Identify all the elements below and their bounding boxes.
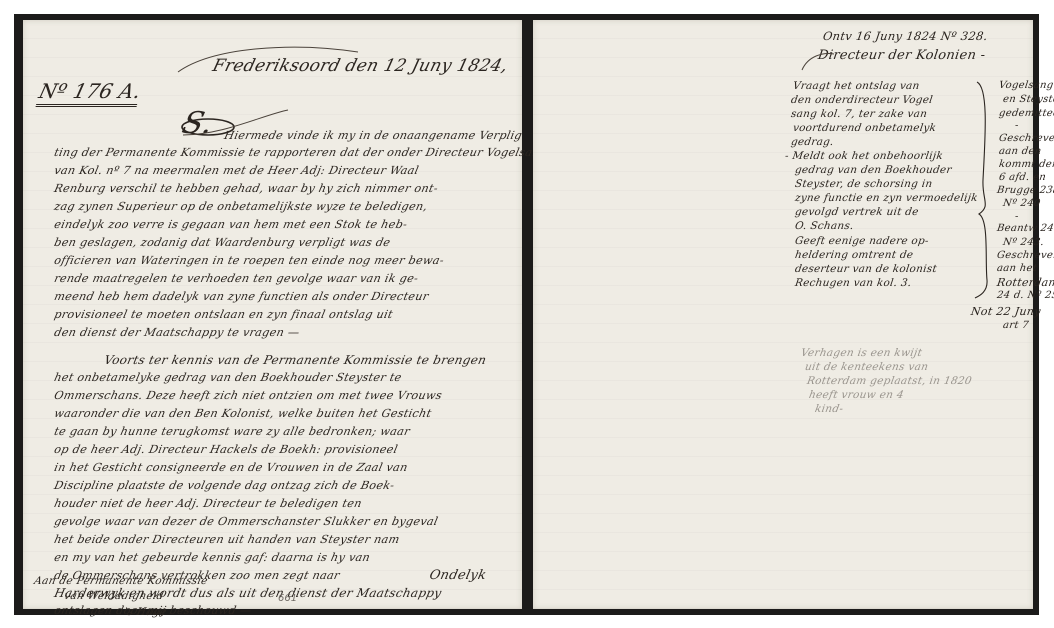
body-line: rende maatregelen te verhoeden ten gevol… (53, 272, 420, 285)
summary-line: O. Schans. (794, 220, 854, 232)
body-line: en my van het gebeurde kennis gaf: daarn… (53, 551, 371, 564)
summary-line: heldering omtrent de (794, 249, 914, 261)
addressee-line: 's Hage (123, 606, 168, 618)
margin-line: Nº 240 (1002, 198, 1041, 209)
body-line: officieren van Wateringen in te roepen t… (53, 254, 445, 267)
body-line: waaronder die van den Ben Kolonist, welk… (53, 407, 433, 420)
addressee-line: Aan de Permanente Kommissie (33, 575, 209, 587)
body-line: ting der Permanente Kommissie te rapport… (53, 146, 549, 159)
summary-line: gedrag. (790, 136, 834, 148)
summary-line: - Meldt ook het onbehoorlijk (784, 150, 944, 162)
margin-line: art 7 (1002, 320, 1029, 331)
closing-signature: Ondelyk (428, 568, 488, 583)
body-line: van Kol. nº 7 na meermalen met de Heer A… (53, 164, 420, 177)
body-line: Hiermede vinde ik my in de onaangename V… (223, 129, 523, 142)
page-number: 661 (278, 593, 297, 604)
pencil-note-line: heeft vrouw en 4 (808, 389, 905, 401)
margin-line: - (1014, 211, 1019, 222)
summary-line: Geeft eenige nadere op- (794, 235, 929, 247)
margin-line: - (1014, 120, 1019, 131)
summary-line: gedrag van den Boekhouder (794, 164, 952, 176)
heading-flourish-icon (798, 50, 838, 74)
margin-line: en Steyster (1002, 94, 1054, 105)
body-line: meend heb hem dadelyk van zyne functien … (53, 290, 430, 303)
summary-line: zyne functie en zyn vermoedelijk (794, 192, 978, 204)
reference-number: Nº 176 A. (36, 79, 144, 107)
margin-line: Rotterdam (996, 276, 1054, 289)
margin-line: Beantw 24 d. (996, 223, 1054, 234)
summary-line: Steyster, de schorsing in (794, 178, 933, 190)
margin-line: Brugge 23a (996, 185, 1054, 196)
margin-line: Geschreven (998, 133, 1054, 144)
addressee-heading: Directeur der Kolonien - (817, 48, 986, 63)
body-line: ben geslagen, zodanig dat Waardenburg ve… (53, 236, 392, 249)
body-line: het beide onder Directeuren uit handen v… (53, 533, 401, 546)
body-line: het onbetamelyke gedrag van den Boekhoud… (53, 371, 403, 384)
summary-line: gevolgd vertrek uit de (794, 206, 919, 218)
flourish-icon (173, 42, 363, 82)
margin-line: 6 afd. en (998, 172, 1047, 183)
body-line: gevolge waar van dezer de Ommerschanster… (53, 515, 439, 528)
margin-line: Nº 243. (1002, 237, 1045, 248)
margin-line: Vogelsang (998, 80, 1054, 91)
body-line: Discipline plaatste de volgende dag ontz… (53, 479, 396, 492)
margin-line: aan den (998, 146, 1042, 157)
body-line: Renburg verschil te hebben gehad, waar b… (53, 182, 439, 195)
addressee-line: van Weldadigheid (63, 590, 165, 602)
summary-line: Vraagt het ontslag van (792, 80, 920, 92)
body-line: houder niet de heer Adj. Directeur te be… (53, 497, 363, 510)
margin-line: gedemitteerd (998, 108, 1054, 119)
margin-line: aan het (996, 263, 1038, 274)
body-line: Ommerschans. Deze heeft zich niet ontzie… (53, 389, 443, 402)
right-page: Ontv 16 Juny 1824 Nº 328. Directeur der … (533, 20, 1033, 609)
margin-line: Geschreven (996, 250, 1054, 261)
body-line: provisioneel te moeten ontslaan en zyn f… (53, 308, 394, 321)
body-line: te gaan by hunne terugkomst ware zy alle… (53, 425, 411, 438)
summary-line: Rechugen van kol. 3. (794, 277, 912, 289)
body-line: zag zynen Superieur op de onbetamelijkst… (53, 200, 429, 213)
pencil-note-line: Verhagen is een kwijt (800, 347, 923, 359)
received-header: Ontv 16 Juny 1824 Nº 328. (822, 29, 989, 43)
body-line: den dienst der Maatschappy te vragen — (53, 326, 301, 339)
body-line: in het Gesticht consigneerde en de Vrouw… (53, 461, 409, 474)
pencil-note-line: Rotterdam geplaatst, in 1820 (806, 375, 973, 387)
margin-line: Not 22 Juny (970, 305, 1042, 318)
summary-line: den onderdirecteur Vogel (790, 94, 934, 106)
left-page: Nº 176 A. Frederiksoord den 12 Juny 1824… (23, 20, 522, 609)
body-line: Voorts ter kennis van de Permanente Komm… (103, 353, 488, 367)
body-line: eindelyk zoo verre is gegaan van hem met… (53, 218, 409, 231)
pencil-note-line: uit de kenteekens van (804, 361, 929, 373)
summary-line: deserteur van de kolonist (794, 263, 938, 275)
pencil-note-line: kind- (814, 403, 844, 415)
margin-line: kommt der (998, 159, 1054, 170)
body-line: op de heer Adj. Directeur Hackels de Boe… (53, 443, 399, 456)
summary-line: voortdurend onbetamelyk (792, 122, 937, 134)
summary-line: sang kol. 7, ter zake van (790, 108, 928, 120)
margin-line: 24 d. Nº 252 (996, 290, 1054, 301)
